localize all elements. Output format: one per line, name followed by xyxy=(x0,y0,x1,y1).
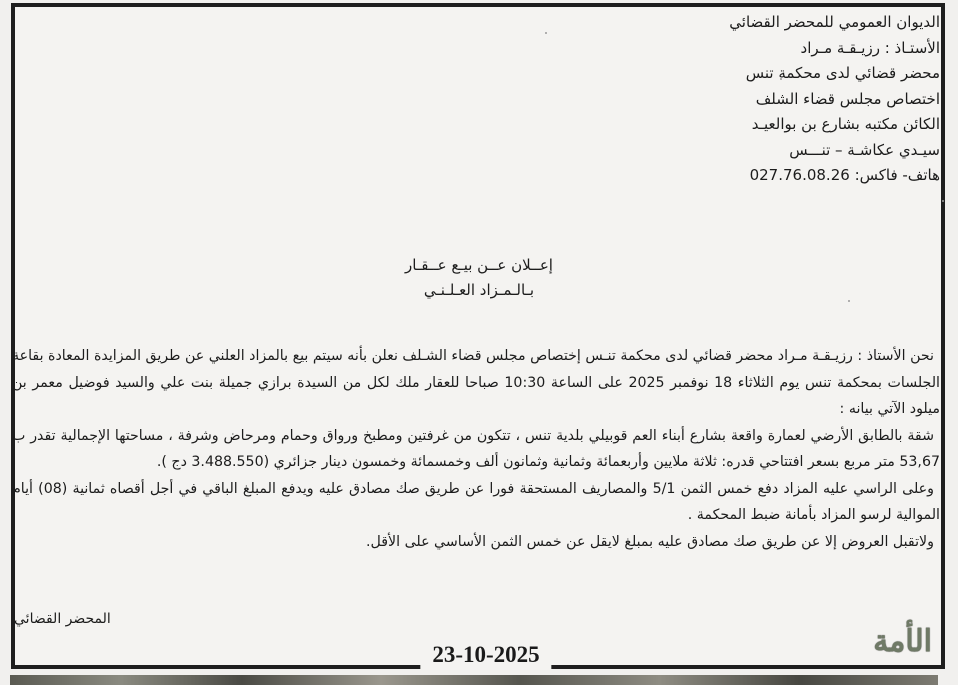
property-description-paragraph: شقة بالطابق الأرضي لعمارة واقعة بشارع أب… xyxy=(12,423,940,476)
paper-speck xyxy=(545,32,547,34)
bailiff-header: الديوان العمومي للمحضر القضائي الأستـاذ … xyxy=(729,10,940,189)
bailiff-name: الأستـاذ : رزيـقـة مـراد xyxy=(729,36,940,62)
court-line: محضر قضائي لدى محكمة تنس xyxy=(729,61,940,87)
bids-condition-paragraph: ولاتقبل العروض إلا عن طريق صك مصادق عليه… xyxy=(12,529,940,556)
notice-title: إعــلان عــن بيـع عــقـار بـالـمـزاد الع… xyxy=(0,253,958,303)
phone-fax: هاتف- فاكس: 027.76.08.26 xyxy=(729,163,940,189)
title-line-2: بـالـمـزاد العـلـنـي xyxy=(0,278,958,303)
paper-speck xyxy=(848,300,850,302)
publication-date: 23-10-2025 xyxy=(420,640,551,670)
title-line-1: إعــلان عــن بيـع عــقـار xyxy=(0,253,958,278)
newspaper-logo-text: الأمة xyxy=(873,624,932,659)
paper-speck xyxy=(942,200,944,202)
jurisdiction-line: اختصاص مجلس قضاء الشلف xyxy=(729,87,940,113)
notice-body: نحن الأستاذ : رزيـقـة مـراد محضر قضائي ل… xyxy=(12,343,940,555)
next-article-image-strip xyxy=(10,675,938,685)
payment-terms-paragraph: وعلى الراسي عليه المزاد دفع خمس الثمن 5/… xyxy=(12,476,940,529)
auction-announcement-paragraph: نحن الأستاذ : رزيـقـة مـراد محضر قضائي ل… xyxy=(12,343,940,423)
newspaper-logo: الأمة xyxy=(848,620,938,662)
signature-label: المحضر القضائي xyxy=(14,611,111,627)
office-name: الديوان العمومي للمحضر القضائي xyxy=(729,10,940,36)
office-city: سيـدي عكاشـة – تنـــس xyxy=(729,138,940,164)
paper-speck xyxy=(780,78,782,80)
office-address: الكائن مكتبه بشارع بن بوالعيـد xyxy=(729,112,940,138)
